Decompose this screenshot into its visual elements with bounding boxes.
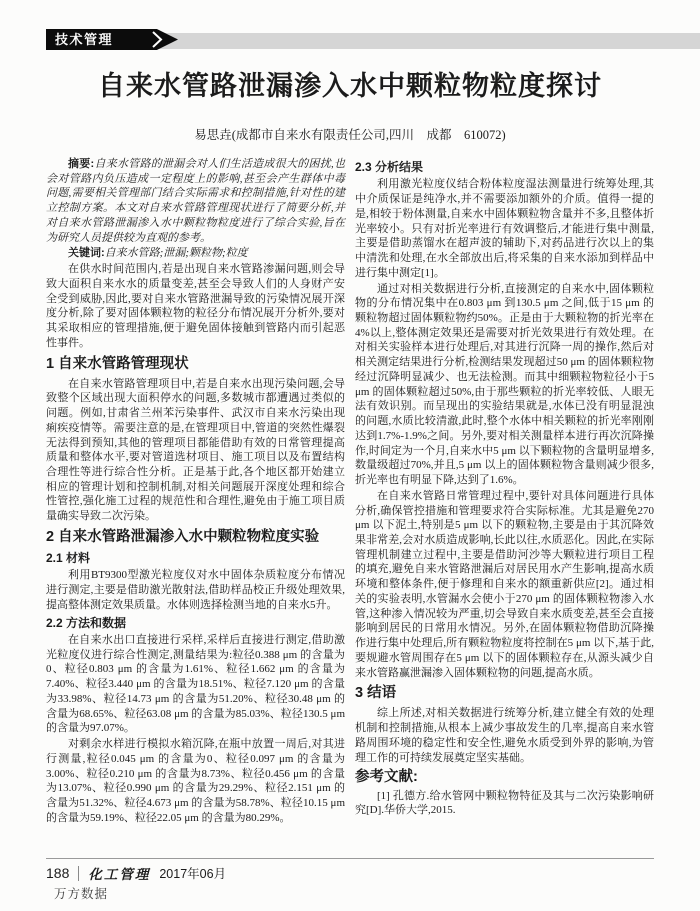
wanfang-watermark: 万方数据: [54, 884, 108, 902]
results-paragraph-2: 通过对相关数据进行分析,直接测定的自来水中,固体颗粒物的分布情况集中在0.803…: [355, 282, 654, 488]
footer-vertical-divider: [78, 866, 79, 881]
keywords-label: 关键词:: [68, 247, 105, 259]
left-column: 摘要:自来水管路的泄漏会对人们生活造成很大的困扰,也会对管路内负压造成一定程度上…: [46, 157, 345, 856]
intro-paragraph: 在供水时间范围内,若是出现自来水管路渗漏问题,则会导致大面积自来水水的质量变差,…: [46, 262, 345, 350]
footer: 188 化工管理 2017年06月: [46, 863, 226, 883]
conclusion-paragraph: 综上所述,对相关数据进行统筹分析,建立健全有效的处理机制和控制措施,从根本上减少…: [355, 706, 654, 765]
abstract-label: 摘要:: [68, 158, 94, 170]
keywords: 关键词:自来水管路;泄漏;颗粒物;粒度: [46, 246, 345, 261]
keywords-text: 自来水管路;泄漏;颗粒物;粒度: [105, 247, 248, 259]
results-paragraph-3: 在自来水管路日常管理过程中,要针对具体问题进行具体分析,确保管控措施和管理要求符…: [355, 489, 654, 681]
page-title: 自来水管路泄漏渗入水中颗粒物粒度探讨: [0, 70, 700, 102]
author-byline: 易思垚(成都市自来水有限责任公司,四川 成都 610072): [0, 125, 700, 143]
article-body: 摘要:自来水管路的泄漏会对人们生活造成很大的困扰,也会对管路内负压造成一定程度上…: [46, 157, 654, 856]
section-heading-2: 2 自来水管路泄漏渗入水中颗粒物粒度实验: [46, 527, 345, 548]
section-heading-1: 1 自来水管路管理现状: [46, 354, 345, 375]
section-1-paragraph: 在自来水管路管理项目中,若是自来水出现污染问题,会导致整个区域出现大面积停水的问…: [46, 377, 345, 524]
issue-date: 2017年06月: [159, 864, 226, 882]
page-number: 188: [46, 865, 69, 881]
abstract-text: 自来水管路的泄漏会对人们生活造成很大的困扰,也会对管路内负压造成一定程度上的影响…: [46, 158, 345, 244]
category-band-gray-bar: [112, 33, 700, 49]
subsection-heading-2-1: 2.1 材料: [46, 550, 345, 567]
journal-name: 化工管理: [88, 863, 150, 883]
material-paragraph: 利用BT9300型激光粒度仪对水中固体杂质粒度分布情况进行测定,主要是借助激光散…: [46, 568, 345, 612]
reference-item-1: [1] 孔德方.给水管网中颗粒物特征及其与二次污染影响研究[D].华侨大学,20…: [355, 789, 654, 818]
category-band: 技术管理: [0, 29, 700, 52]
section-heading-3: 3 结语: [355, 683, 654, 704]
references-heading: 参考文献:: [355, 767, 654, 787]
method-paragraph-1: 在自来水出口直接进行采样,采样后直接进行测定,借助激光粒度仪进行综合性测定,测量…: [46, 633, 345, 736]
results-paragraph-1: 利用激光粒度仪结合粉体粒度湿法测量进行统筹处理,其中介质保证是纯净水,并不需要添…: [355, 177, 654, 280]
right-column: 2.3 分析结果 利用激光粒度仪结合粉体粒度湿法测量进行统筹处理,其中介质保证是…: [355, 157, 654, 856]
subsection-heading-2-2: 2.2 方法和数据: [46, 615, 345, 632]
subsection-heading-2-3: 2.3 分析结果: [355, 159, 654, 176]
footer-divider: [46, 858, 654, 859]
abstract: 摘要:自来水管路的泄漏会对人们生活造成很大的困扰,也会对管路内负压造成一定程度上…: [46, 157, 345, 245]
chevron-right-icon: [152, 31, 164, 48]
method-paragraph-2: 对剩余水样进行模拟水箱沉降,在瓶中放置一周后,对其进行测量,粒径0.045 μm…: [46, 737, 345, 825]
